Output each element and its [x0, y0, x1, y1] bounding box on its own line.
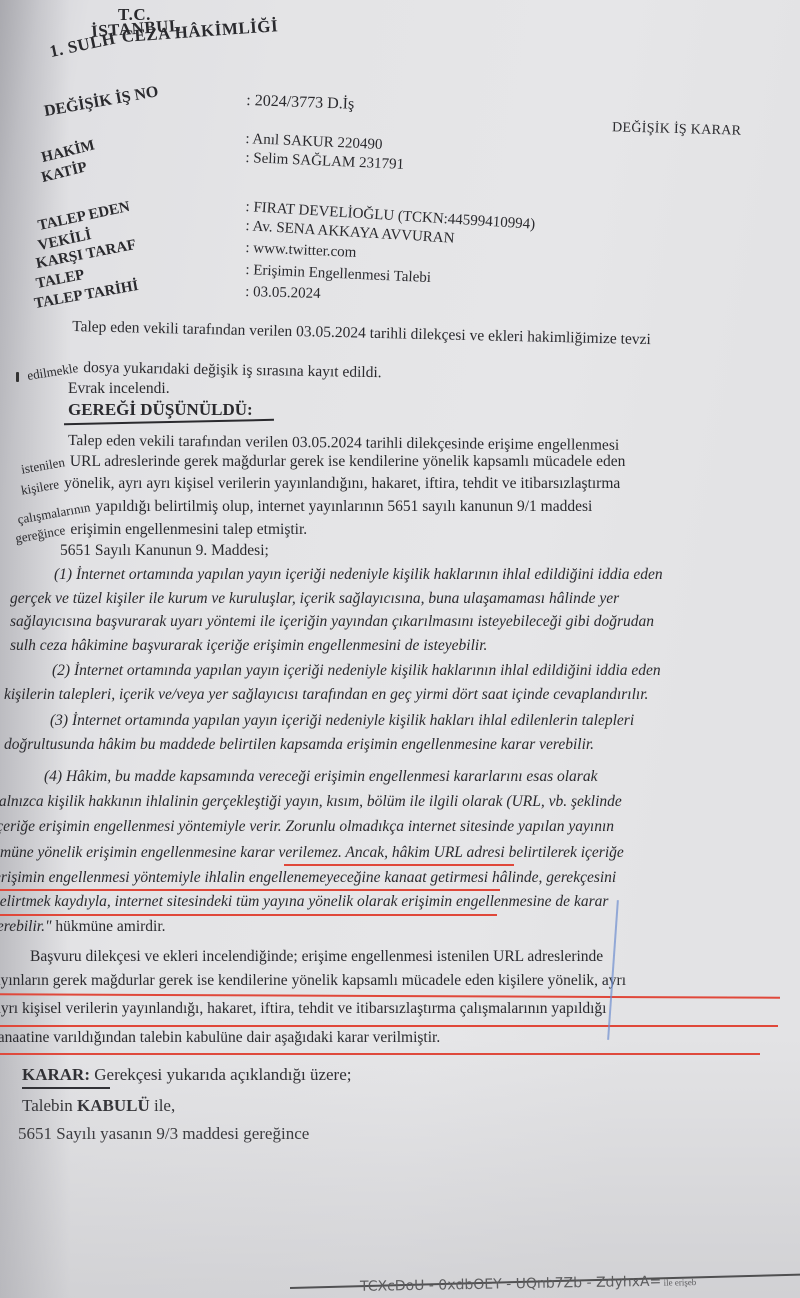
request-value: : Erişimin Engellenmesi Talebi	[245, 262, 431, 287]
decision-line-2: Talebin KABULÜ ile,	[22, 1096, 175, 1116]
gd-line-text: yapıldığı belirtilmiş olup, internet yay…	[96, 498, 593, 515]
law-p4-line: yalnızca kişilik hakkının ihlalinin gerç…	[0, 793, 622, 811]
highlight-underline	[0, 1053, 760, 1055]
intro-line-3: Evrak incelendi.	[68, 380, 170, 398]
court-name-rest: CEZA HÂKİMLİĞİ	[121, 16, 279, 47]
law-p3-line: doğrultusunda hâkim bu maddede belirtile…	[4, 736, 594, 754]
gd-line: gereğince erişimin engellenmesini talep …	[16, 521, 307, 539]
doc-type-title: DEĞİŞİK İŞ KARAR	[612, 120, 742, 139]
decision-label-underline	[22, 1087, 110, 1089]
law-p4-line: içeriğe erişimin engellenmesi yöntemiyle…	[0, 818, 614, 836]
verification-code: TCXcDoU - 0xdbOEY - UQnb7Zb - ZdyhxA= il…	[360, 1273, 697, 1295]
highlight-underline	[0, 914, 497, 916]
doc-no-label: DEĞİŞİK İŞ NO	[43, 83, 160, 121]
gd-line-lead: gereğince	[14, 522, 67, 547]
request-date-value: : 03.05.2024	[245, 284, 321, 303]
section-heading-considered: GEREĞİ DÜŞÜNÜLDÜ:	[68, 400, 253, 420]
gd-line-text: yönelik, ayrı ayrı kişisel verilerin yay…	[64, 475, 620, 492]
law-p4-end-text: hükmüne amirdir.	[51, 918, 165, 935]
doc-no-value: : 2024/3773 D.İş	[246, 92, 355, 114]
decision-line-2-post: ile,	[150, 1096, 176, 1115]
evaluation-line: yayınların gerek mağdurlar gerek ise ken…	[0, 972, 626, 990]
margin-mark	[16, 372, 19, 382]
evaluation-line: ayrı kişisel verilerin yayınlandığı, hak…	[0, 1000, 607, 1018]
law-p4-line: tümüne yönelik erişimin engellenmesine k…	[0, 844, 624, 862]
intro-line-1: Talep eden vekili tarafından verilen 03.…	[72, 318, 651, 349]
footer-rule	[290, 1273, 800, 1289]
verification-suffix: ile erişeb	[661, 1277, 696, 1288]
counterparty-value: : www.twitter.com	[245, 240, 357, 262]
gd-line-text: URL adreslerinde gerek mağdurlar gerek i…	[70, 453, 625, 470]
law-p4-end-italic: verebilir."	[0, 918, 51, 935]
decision-line-3: 5651 Sayılı yasanın 9/3 maddesi gereğinc…	[18, 1124, 309, 1144]
gd-line: Talep eden vekili tarafından verilen 03.…	[68, 432, 619, 455]
law-p1-line: gerçek ve tüzel kişiler ile kurum ve kur…	[10, 590, 619, 608]
law-p1-line: sağlayıcısına başvurarak uyarı yöntemi i…	[10, 613, 654, 631]
decision-line-1: KARAR: Gerekçesi yukarıda açıklandığı üz…	[22, 1065, 351, 1085]
gd-line: çalışmalarının yapıldığı belirtilmiş olu…	[18, 498, 592, 516]
gd-line-text: erişimin engellenmesini talep etmiştir.	[70, 521, 307, 538]
law-p2-line: (2) İnternet ortamında yapılan yayın içe…	[52, 662, 661, 680]
highlight-underline	[284, 864, 514, 866]
court-prefix: 1. SULH	[48, 29, 117, 61]
pen-mark	[607, 900, 618, 1040]
intro-line-2-text: dosya yukarıdaki değişik iş sırasına kay…	[83, 359, 382, 381]
gd-line: kişilere yönelik, ayrı ayrı kişisel veri…	[22, 475, 620, 493]
court-heading: 1. SULH CEZA HÂKİMLİĞİ	[48, 0, 275, 62]
law-p3-line: (3) İnternet ortamında yapılan yayın içe…	[50, 712, 634, 730]
gd-line-lead: kişilere	[20, 476, 60, 498]
intro-line-2: edilmekle dosya yukarıdaki değişik iş sı…	[28, 358, 382, 382]
law-p2-line: kişilerin talepleri, içerik ve/veya yer …	[4, 686, 648, 704]
gd-line: istenilen URL adreslerinde gerek mağdurl…	[22, 453, 625, 471]
decision-acceptance: KABULÜ	[77, 1096, 150, 1115]
decision-line-2-pre: Talebin	[22, 1096, 77, 1115]
evaluation-line: Başvuru dilekçesi ve ekleri incelendiğin…	[30, 948, 603, 966]
highlight-underline	[0, 1025, 778, 1027]
highlight-underline	[0, 889, 500, 891]
law-p4-end: verebilir." hükmüne amirdir.	[0, 918, 166, 936]
law-p1-line: sulh ceza hâkimine başvurarak içeriğe er…	[10, 637, 487, 655]
document-page: T.C. İSTANBUL 1. SULH CEZA HÂKİMLİĞİ DEĞ…	[0, 0, 800, 1298]
law-p4-line: (4) Hâkim, bu madde kapsamında vereceği …	[44, 768, 597, 786]
verification-code-text: TCXcDoU - 0xdbOEY - UQnb7Zb - ZdyhxA=	[360, 1274, 662, 1295]
law-p1-line: (1) İnternet ortamında yapılan yayın içe…	[54, 566, 663, 584]
law-title: 5651 Sayılı Kanunun 9. Maddesi;	[60, 542, 269, 560]
decision-label: KARAR:	[22, 1065, 90, 1084]
law-p4-line: erişimin engellenmesi yöntemiyle ihlalin…	[0, 869, 616, 887]
decision-text: Gerekçesi yukarıda açıklandığı üzere;	[90, 1065, 351, 1084]
evaluation-line: kanaatine varıldığından talebin kabulüne…	[0, 1029, 440, 1047]
highlight-underline	[0, 993, 780, 998]
law-p4-line: belirtmek kaydıyla, internet sitesindeki…	[0, 893, 608, 911]
